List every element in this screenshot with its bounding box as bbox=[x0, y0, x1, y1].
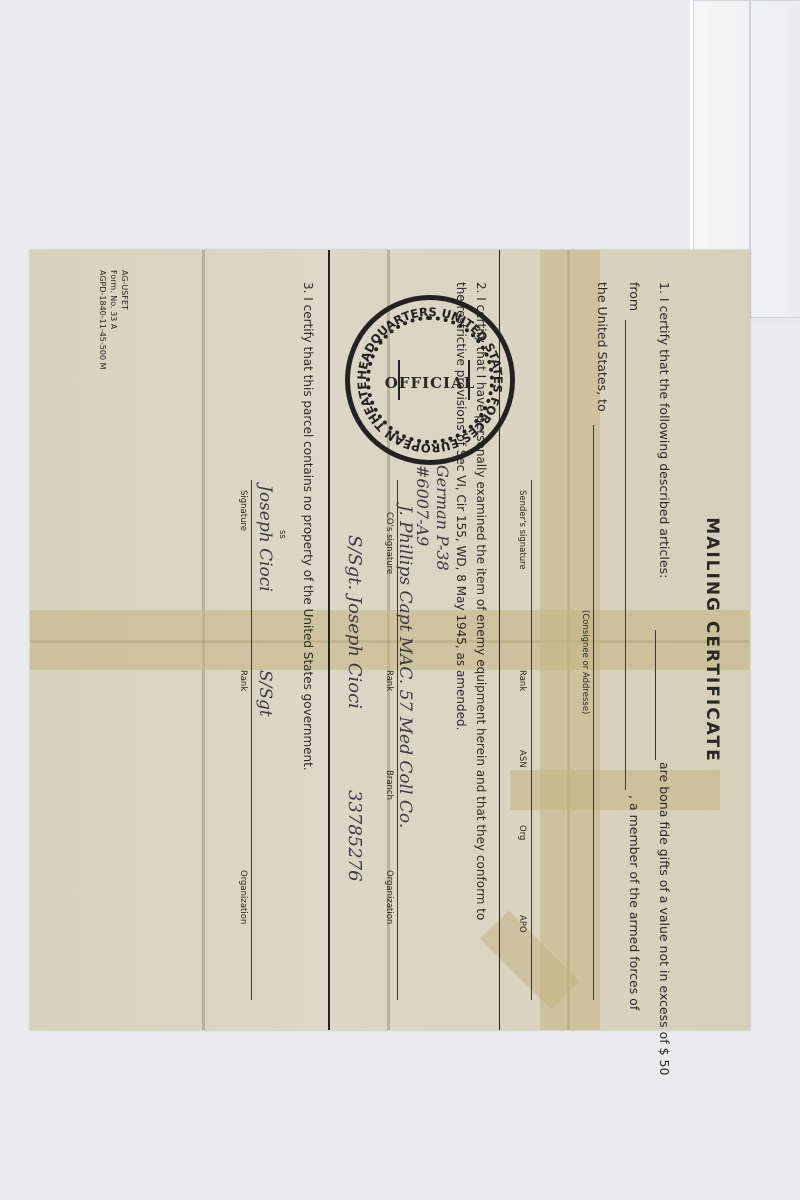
consignee-field[interactable] bbox=[593, 425, 594, 1000]
signer-signature: Joseph Cioci bbox=[255, 485, 275, 592]
consignee-caption: (Consignee or Addresse) bbox=[580, 610, 590, 714]
signer-rank: S/Sgt bbox=[255, 670, 275, 717]
co-signature-caption: CO's signature bbox=[384, 512, 394, 574]
section1-line1: 1. I certify that the following describe… bbox=[657, 282, 672, 578]
tape-strip bbox=[510, 770, 720, 810]
sender-asn-caption: ASN bbox=[517, 750, 527, 768]
signer-organization-caption: Organization bbox=[238, 870, 248, 924]
articles-field[interactable] bbox=[655, 630, 656, 760]
signer-rank-caption: Rank bbox=[238, 670, 248, 691]
form-number: Form. No. 33 A bbox=[108, 270, 119, 370]
from-field[interactable] bbox=[625, 320, 626, 790]
section1-from: from bbox=[627, 282, 642, 311]
sender-rank-caption: Rank bbox=[517, 670, 527, 691]
tape-strip bbox=[30, 610, 750, 670]
handwritten-serial: 33785276 bbox=[344, 790, 365, 882]
ss-mark: ss bbox=[277, 530, 287, 539]
signer-signature-field[interactable] bbox=[251, 480, 252, 1000]
co-branch-caption: Branch bbox=[384, 770, 394, 800]
stamp-center-text: OFFICIAL bbox=[350, 374, 510, 392]
sender-apo-caption: APO bbox=[517, 915, 527, 933]
signer-signature-caption: Signature bbox=[238, 490, 248, 531]
official-stamp: HEADQUARTERS UNITED STATES FORCES EUROPE… bbox=[345, 295, 515, 465]
co-signature: J. Phillips Capt MAC. 57 Med Coll Co. bbox=[395, 505, 415, 828]
co-organization-caption: Organization bbox=[384, 870, 394, 924]
section3-line1: 3. I certify that this parcel contains n… bbox=[301, 282, 315, 771]
form-identifier: AG-USFET Form. No. 33 A AGPD-1840-11-45-… bbox=[97, 270, 130, 370]
handwritten-name: S/Sgt. Joseph Cioci bbox=[344, 535, 365, 709]
co-rank-caption: Rank bbox=[384, 670, 394, 691]
section1-line3: the United States, to bbox=[595, 282, 610, 412]
section1-line1-suffix: are bona fide gifts of a value not in ex… bbox=[657, 762, 672, 1075]
sender-org-caption: Org bbox=[517, 825, 527, 840]
document-wrapper: MAILING CERTIFICATE 1. I certify that th… bbox=[30, 250, 750, 1030]
sender-signature-field[interactable] bbox=[531, 480, 532, 1000]
form-print-code: AGPD-1840-11-45-500 M bbox=[97, 270, 108, 370]
document-title: MAILING CERTIFICATE bbox=[702, 250, 722, 1030]
handwritten-item: German P-38 bbox=[433, 465, 452, 571]
section1-line2-suffix: , a member of the armed forces of bbox=[627, 795, 642, 1010]
mailing-certificate: MAILING CERTIFICATE 1. I certify that th… bbox=[30, 250, 750, 1030]
sender-signature-caption: Sender's signature bbox=[517, 490, 527, 570]
section-divider bbox=[328, 250, 330, 1030]
form-agency: AG-USFET bbox=[119, 270, 130, 370]
handwritten-item-number: #6007-A9 bbox=[413, 465, 432, 546]
co-signature-field[interactable] bbox=[397, 480, 398, 1000]
